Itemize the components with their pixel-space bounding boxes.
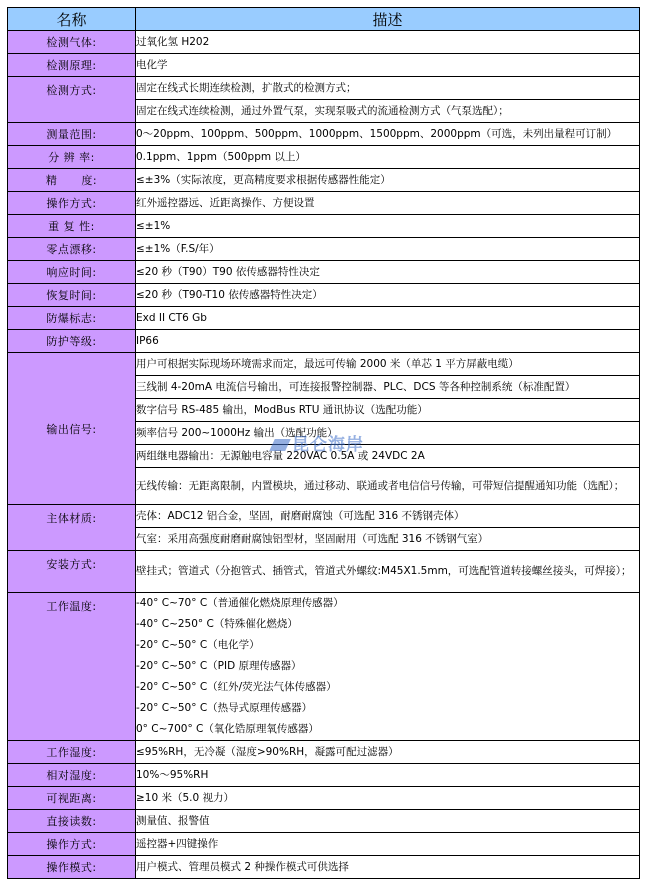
row-value: 数字信号 RS-485 输出，ModBus RTU 通讯协议（选配功能） [136,399,640,422]
row-value: ≤20 秒（T90-T10 依传感器特性决定） [136,284,640,307]
table-row: 可视距离: ≥10 米（5.0 视力） [8,787,640,810]
row-value: 三线制 4-20mA 电流信号输出，可连接报警控制器、PLC、DCS 等各种控制… [136,376,640,399]
table-row: 工作湿度: ≤95%RH，无冷凝（湿度>90%RH，凝露可配过滤器） [8,741,640,764]
row-value: 气室：采用高强度耐磨耐腐蚀铝型材，坚固耐用（可选配 316 不锈钢气室） [136,528,640,551]
row-value: 两组继电器输出：无源触电容量 220VAC 0.5A 或 24VDC 2A [136,445,640,468]
table-header-row: 名称 描述 [8,8,640,31]
temperature-line: -20° C~50° C（热导式原理传感器） [136,698,639,719]
row-label: 检测方式: [8,77,136,123]
row-label: 相对湿度: [8,764,136,787]
row-label: 安装方式: [8,551,136,593]
table-row: 工作温度: -40° C~70° C（普通催化燃烧原理传感器） -40° C~2… [8,593,640,741]
row-value: 0～20ppm、100ppm、500ppm、1000ppm、1500ppm、20… [136,123,640,146]
spec-table: 名称 描述 检测气体: 过氧化氢 H202 检测原理: 电化学 检测方式: 固定… [7,7,640,879]
row-value: ≤20 秒（T90）T90 依传感器特性决定 [136,261,640,284]
temperature-line: -20° C~50° C（PID 原理传感器） [136,656,639,677]
temperature-line: 0° C~700° C（氧化锆原理氧传感器） [136,719,639,740]
row-label: 防护等级: [8,330,136,353]
row-label: 操作方式: [8,192,136,215]
row-label: 输出信号: [8,353,136,505]
row-value: 过氧化氢 H202 [136,31,640,54]
row-label: 恢复时间: [8,284,136,307]
table-row: 响应时间: ≤20 秒（T90）T90 依传感器特性决定 [8,261,640,284]
table-row: 主体材质: 壳体：ADC12 铝合金，坚固，耐磨耐腐蚀（可选配 316 不锈钢壳… [8,505,640,528]
row-value: 红外遥控器远、近距离操作、方便设置 [136,192,640,215]
row-label: 分 辨 率: [8,146,136,169]
row-label: 响应时间: [8,261,136,284]
row-label: 测量范围: [8,123,136,146]
table-row: 安装方式: 壁挂式；管道式（分抱管式、插管式，管道式外螺纹:M45X1.5mm，… [8,551,640,593]
row-value: ≤±1% [136,215,640,238]
row-label: 操作模式: [8,856,136,879]
table-row: 检测方式: 固定在线式长期连续检测，扩散式的检测方式； [8,77,640,100]
row-label: 直接读数: [8,810,136,833]
row-value: 壁挂式；管道式（分抱管式、插管式，管道式外螺纹:M45X1.5mm，可选配管道转… [136,551,640,593]
table-row: 操作模式: 用户模式、管理员模式 2 种操作模式可供选择 [8,856,640,879]
row-label: 防爆标志: [8,307,136,330]
row-label: 精 度: [8,169,136,192]
row-value-multiline: -40° C~70° C（普通催化燃烧原理传感器） -40° C~250° C（… [136,593,640,741]
row-value: 壳体：ADC12 铝合金，坚固，耐磨耐腐蚀（可选配 316 不锈钢壳体） [136,505,640,528]
row-value: 10%～95%RH [136,764,640,787]
row-value: 0.1ppm、1ppm（500ppm 以上） [136,146,640,169]
row-value: 无线传输：无距离限制，内置模块，通过移动、联通或者电信信号传输，可带短信提醒通知… [136,468,640,505]
row-value: 固定在线式长期连续检测，扩散式的检测方式； [136,77,640,100]
temperature-line: -40° C~70° C（普通催化燃烧原理传感器） [136,593,639,614]
table-row: 相对湿度: 10%～95%RH [8,764,640,787]
row-value: 用户可根据实际现场环境需求而定，最远可传输 2000 米（单芯 1 平方屏蔽电缆… [136,353,640,376]
row-label: 检测气体: [8,31,136,54]
table-row: 重 复 性: ≤±1% [8,215,640,238]
row-label: 主体材质: [8,505,136,551]
table-row: 分 辨 率: 0.1ppm、1ppm（500ppm 以上） [8,146,640,169]
row-label: 操作方式: [8,833,136,856]
table-row: 检测气体: 过氧化氢 H202 [8,31,640,54]
temperature-line: -40° C~250° C（特殊催化燃烧） [136,614,639,635]
row-value: 频率信号 200~1000Hz 输出（选配功能） [136,422,640,445]
row-value: ≤95%RH，无冷凝（湿度>90%RH，凝露可配过滤器） [136,741,640,764]
row-label: 工作温度: [8,593,136,741]
row-value: 测量值、报警值 [136,810,640,833]
header-name: 名称 [8,8,136,31]
table-row: 操作方式: 遥控器+四键操作 [8,833,640,856]
table-row: 零点漂移: ≤±1%（F.S/年） [8,238,640,261]
row-value: ≥10 米（5.0 视力） [136,787,640,810]
row-value: IP66 [136,330,640,353]
row-label: 零点漂移: [8,238,136,261]
row-label: 工作湿度: [8,741,136,764]
table-row: 测量范围: 0～20ppm、100ppm、500ppm、1000ppm、1500… [8,123,640,146]
table-row: 输出信号: 用户可根据实际现场环境需求而定，最远可传输 2000 米（单芯 1 … [8,353,640,376]
row-label: 可视距离: [8,787,136,810]
table-row: 精 度: ≤±3%（实际浓度，更高精度要求根据传感器性能定） [8,169,640,192]
header-description: 描述 [136,8,640,31]
table-row: 直接读数: 测量值、报警值 [8,810,640,833]
table-row: 检测原理: 电化学 [8,54,640,77]
table-row: 防护等级: IP66 [8,330,640,353]
row-value: 固定在线式连续检测，通过外置气泵，实现泵吸式的流通检测方式（气泵选配）； [136,100,640,123]
row-label: 重 复 性: [8,215,136,238]
row-value: ≤±1%（F.S/年） [136,238,640,261]
row-value: 电化学 [136,54,640,77]
row-value: Exd II CT6 Gb [136,307,640,330]
table-row: 恢复时间: ≤20 秒（T90-T10 依传感器特性决定） [8,284,640,307]
row-label: 检测原理: [8,54,136,77]
table-row: 操作方式: 红外遥控器远、近距离操作、方便设置 [8,192,640,215]
table-row: 防爆标志: Exd II CT6 Gb [8,307,640,330]
row-value: 用户模式、管理员模式 2 种操作模式可供选择 [136,856,640,879]
temperature-line: -20° C~50° C（电化学） [136,635,639,656]
temperature-line: -20° C~50° C（红外/荧光法气体传感器） [136,677,639,698]
row-value: 遥控器+四键操作 [136,833,640,856]
row-value: ≤±3%（实际浓度，更高精度要求根据传感器性能定） [136,169,640,192]
